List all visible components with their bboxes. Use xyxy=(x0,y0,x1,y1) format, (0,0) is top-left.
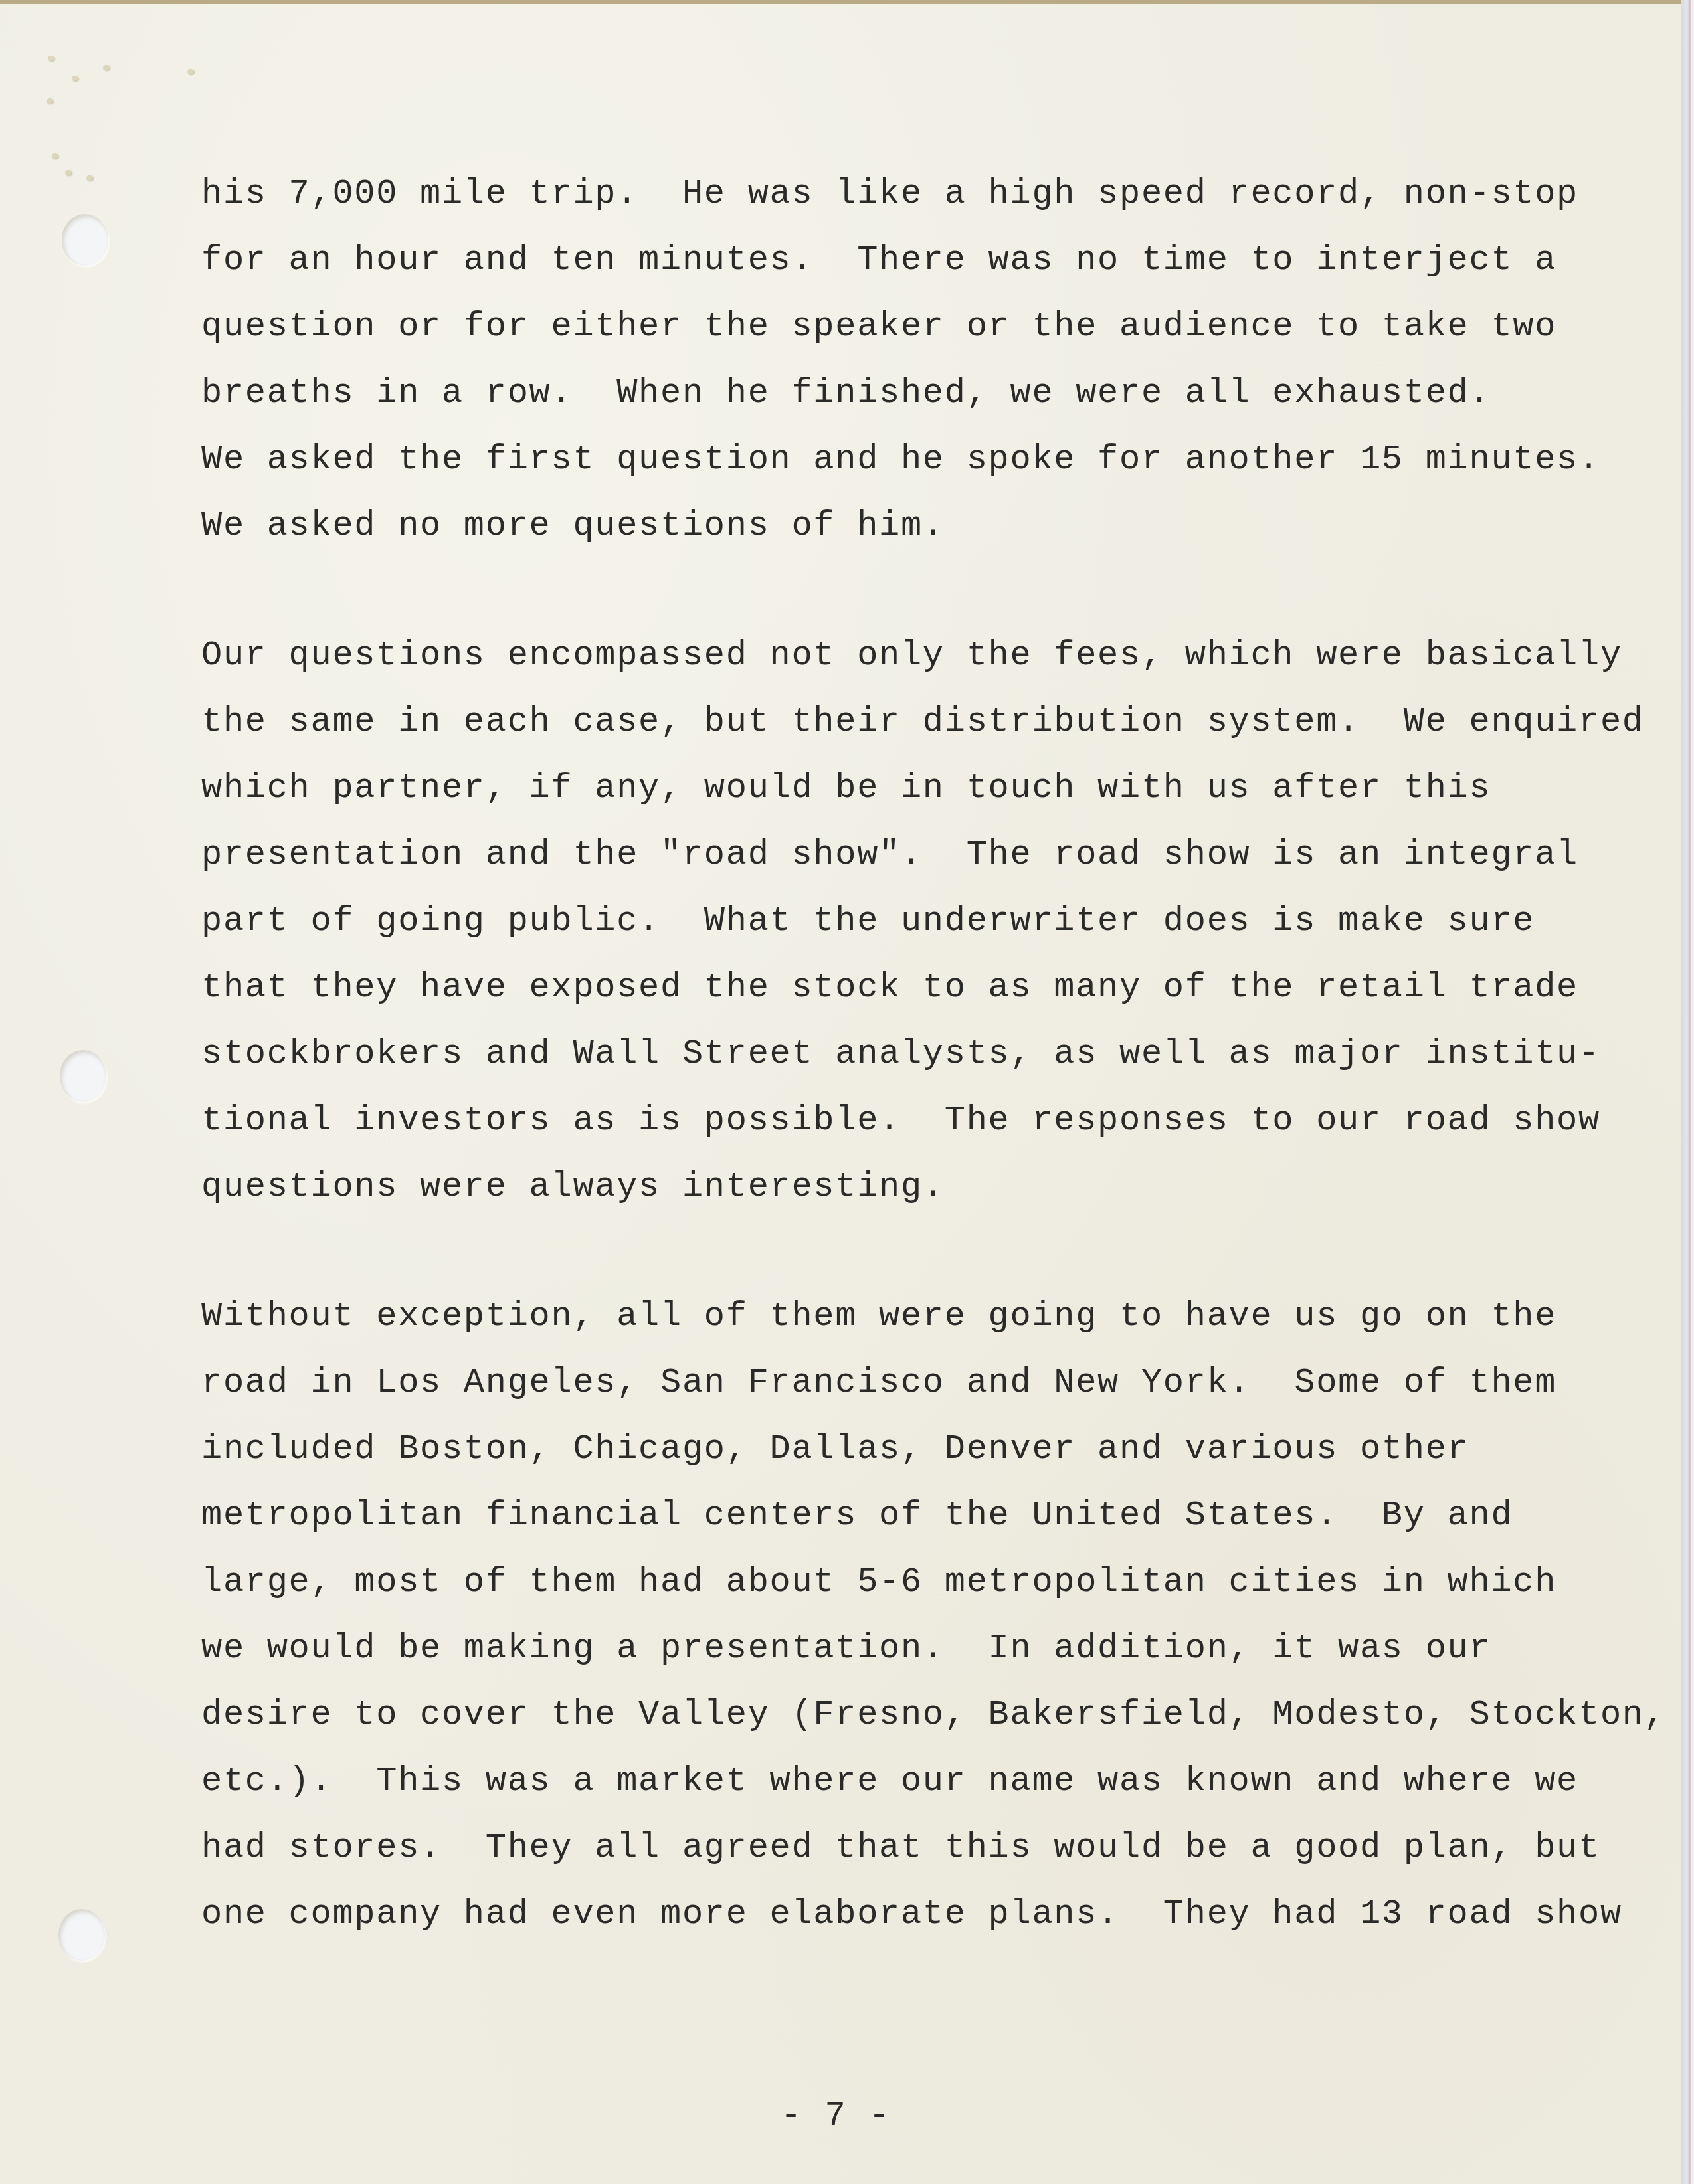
text-line: question or for either the speaker or th… xyxy=(201,294,1596,360)
text-line: etc.). This was a market where our name … xyxy=(201,1748,1596,1815)
page-number: - 7 - xyxy=(781,2096,891,2136)
text-line: desire to cover the Valley (Fresno, Bake… xyxy=(201,1682,1596,1748)
text-line: We asked the first question and he spoke… xyxy=(201,426,1596,493)
text-line: Our questions encompassed not only the f… xyxy=(201,622,1596,689)
text-line: questions were always interesting. xyxy=(201,1154,1596,1220)
binder-hole-bottom xyxy=(58,1909,105,1961)
text-line: part of going public. What the underwrit… xyxy=(201,888,1596,955)
text-line: the same in each case, but their distrib… xyxy=(201,689,1596,755)
paper-damage-speck xyxy=(65,170,72,175)
text-line: that they have exposed the stock to as m… xyxy=(201,955,1596,1021)
paper-damage-speck xyxy=(103,65,110,70)
text-line: for an hour and ten minutes. There was n… xyxy=(201,227,1596,294)
text-line: we would be making a presentation. In ad… xyxy=(201,1615,1596,1682)
paper-damage-speck xyxy=(72,76,78,81)
body-text: his 7,000 mile trip. He was like a high … xyxy=(201,161,1596,1948)
paper-damage-speck xyxy=(187,69,194,74)
text-line: stockbrokers and Wall Street analysts, a… xyxy=(201,1021,1596,1087)
text-line: his 7,000 mile trip. He was like a high … xyxy=(201,161,1596,227)
text-line: one company had even more elaborate plan… xyxy=(201,1881,1596,1948)
text-line: large, most of them had about 5-6 metrop… xyxy=(201,1549,1596,1615)
document-page: his 7,000 mile trip. He was like a high … xyxy=(0,0,1681,2184)
text-line: road in Los Angeles, San Francisco and N… xyxy=(201,1350,1596,1416)
paragraph-2: Our questions encompassed not only the f… xyxy=(201,622,1596,1220)
text-line: included Boston, Chicago, Dallas, Denver… xyxy=(201,1416,1596,1483)
paper-damage-speck xyxy=(86,175,93,181)
paragraph-3: Without exception, all of them were goin… xyxy=(201,1283,1596,1948)
scan-edge-strip xyxy=(1681,0,1694,2184)
paper-damage-speck xyxy=(47,98,53,104)
text-line: tional investors as is possible. The res… xyxy=(201,1087,1596,1154)
text-line: We asked no more questions of him. xyxy=(201,493,1596,559)
text-line: Without exception, all of them were goin… xyxy=(201,1283,1596,1350)
paper-damage-speck xyxy=(48,56,54,61)
text-line: breaths in a row. When he finished, we w… xyxy=(201,360,1596,426)
text-line: had stores. They all agreed that this wo… xyxy=(201,1815,1596,1881)
paragraph-1: his 7,000 mile trip. He was like a high … xyxy=(201,161,1596,559)
paper-damage-speck xyxy=(52,153,58,159)
text-line: which partner, if any, would be in touch… xyxy=(201,755,1596,822)
binder-hole-middle xyxy=(60,1050,106,1102)
text-line: metropolitan financial centers of the Un… xyxy=(201,1483,1596,1549)
text-line: presentation and the "road show". The ro… xyxy=(201,822,1596,888)
binder-hole-top xyxy=(62,214,108,266)
